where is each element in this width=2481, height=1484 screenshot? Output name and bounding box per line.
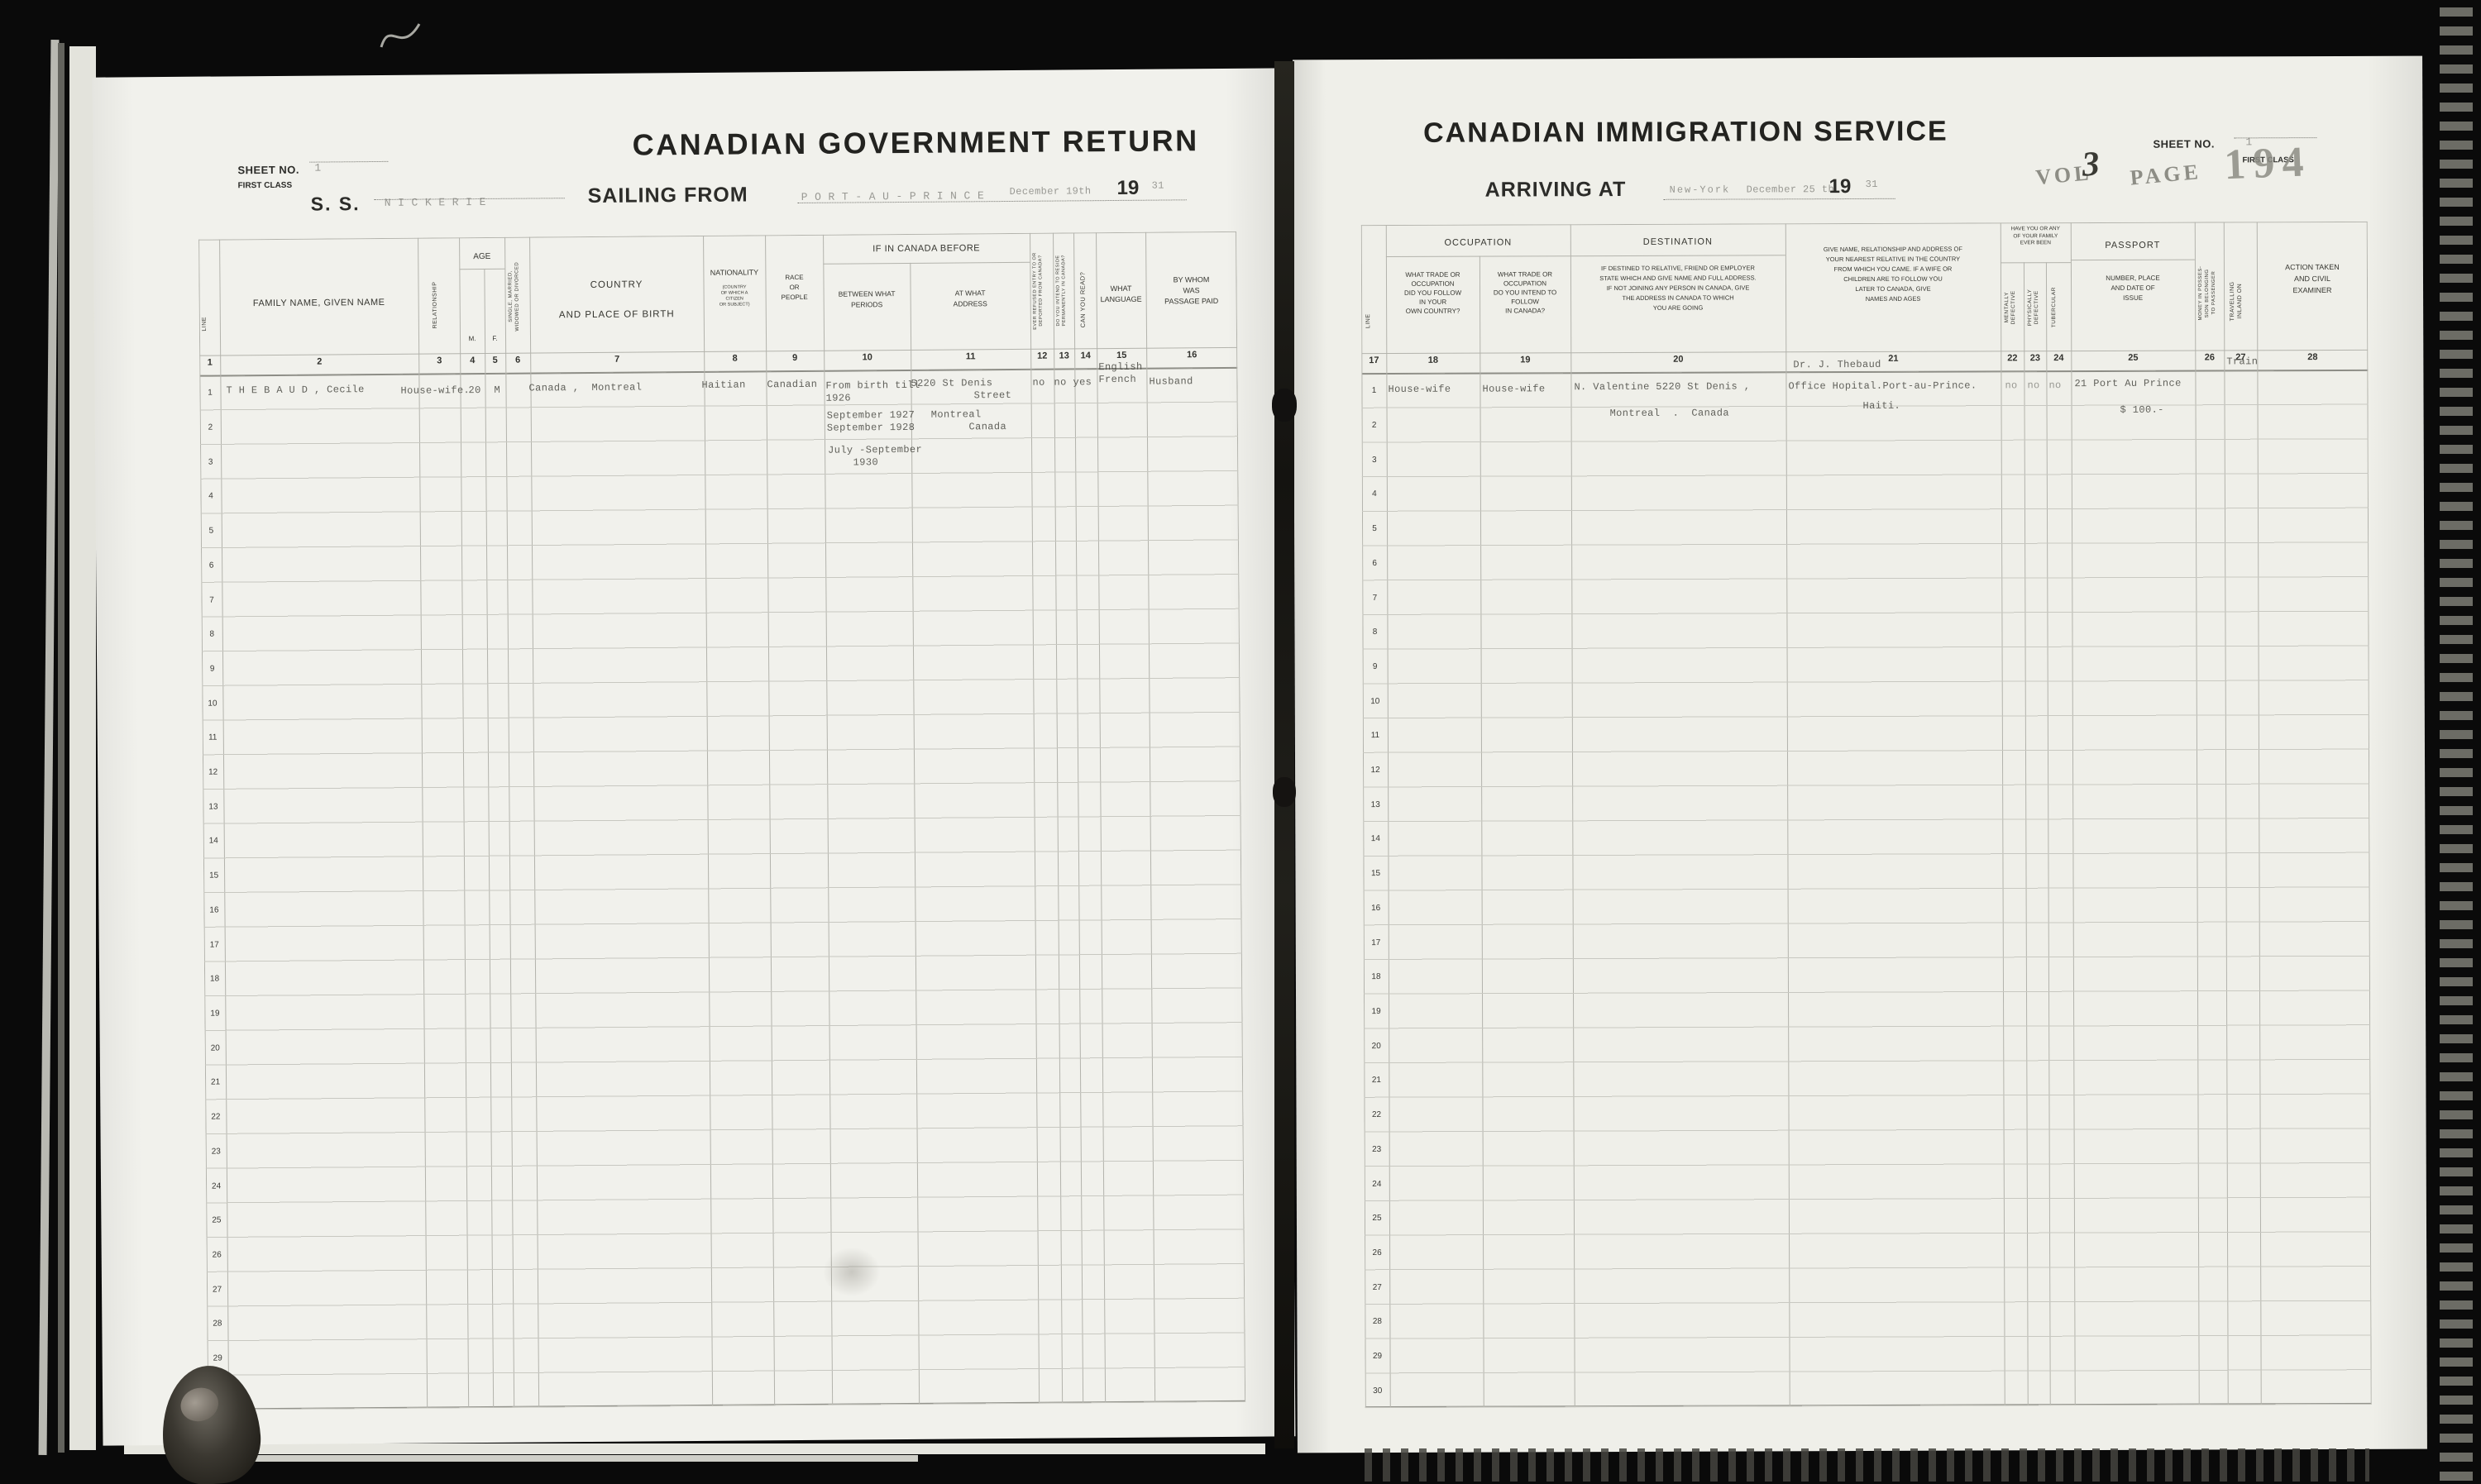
line-number: 21 <box>1364 1063 1389 1098</box>
year-print: 19 <box>1117 177 1140 200</box>
stamp-page-label: PAGE <box>2129 160 2202 191</box>
line-number: 22 <box>205 1100 226 1134</box>
line-number: 28 <box>1365 1305 1389 1339</box>
page-title: CANADIAN IMMIGRATION SERVICE <box>1417 116 1954 150</box>
row-lines <box>199 368 1245 1410</box>
sailing-from-label: SAILING FROM <box>588 183 748 208</box>
row1-mentally: no <box>2005 379 2017 392</box>
row1-nationality: Haitian <box>701 379 745 391</box>
row1-passage-paid: Husband <box>1149 375 1193 388</box>
right-page: CANADIAN IMMIGRATION SERVICE ARRIVING AT… <box>1293 56 2427 1453</box>
line-number: 20 <box>1364 1028 1389 1063</box>
year-print: 19 <box>1829 175 1852 198</box>
col-intend-label: DO YOU INTEND TO RESIDE PERMANENTLY IN C… <box>1055 236 1073 344</box>
col-race-label: RACE OR PEOPLE <box>765 273 823 303</box>
col-periods-label: BETWEEN WHAT PERIODS <box>824 289 911 311</box>
col-read-label: CAN YOU READ? <box>1078 255 1092 344</box>
row1-can-read: yes <box>1073 376 1092 389</box>
row1-periods-3: July -September 1930 <box>828 444 922 470</box>
col-number: 9 <box>766 353 824 364</box>
first-class-label: FIRST CLASS <box>238 181 293 191</box>
year-typed: 31 <box>1866 179 1878 191</box>
col-number: 22 <box>2001 353 2024 363</box>
col-number: 14 <box>1074 351 1097 360</box>
col-country2-label: AND PLACE OF BIRTH <box>530 308 704 322</box>
col-travelling-label: TRAVELLING INLAND ON <box>2229 256 2251 346</box>
line-number: 28 <box>207 1306 227 1341</box>
right-table: LINE OCCUPATION WHAT TRADE OR OCCUPATION… <box>1361 222 2372 1408</box>
row1-passport: 21 Port Au Prince <box>2074 378 2181 390</box>
line-number: 6 <box>1362 546 1387 581</box>
line-number: 13 <box>203 790 223 824</box>
row1-occupation-canada: House-wife <box>1482 383 1545 395</box>
page-edge-strip <box>174 1455 918 1462</box>
line-number: 18 <box>204 961 225 996</box>
col-number: 15 <box>1097 351 1146 360</box>
line-number: 9 <box>1363 650 1388 685</box>
line-number: 10 <box>202 686 222 721</box>
line-number: 1 <box>1361 374 1386 408</box>
row1-address-2: Montreal Canada <box>931 408 1006 434</box>
line-number: 16 <box>1364 891 1389 926</box>
col-number: 6 <box>505 355 530 365</box>
thumb-nail <box>176 1383 222 1426</box>
col-action-label: ACTION TAKEN AND CIVIL EXAMINER <box>2257 261 2368 296</box>
row1-relative-2: Office Hopital.Port-au-Prince. <box>1788 380 1977 394</box>
row1-destination-1: N. Valentine 5220 St Denis , <box>1574 380 1750 394</box>
sailing-date: December 19th <box>1010 185 1092 198</box>
line-number: 4 <box>200 480 221 514</box>
line-number: 1 <box>199 375 220 410</box>
col-occupation-own-label: WHAT TRADE OR OCCUPATION DID YOU FOLLOW … <box>1386 270 1480 316</box>
col-line-label: LINE <box>1365 293 1382 349</box>
line-number: 11 <box>1363 718 1388 753</box>
scan-artifact <box>376 12 426 62</box>
sheet-no-value: 1 <box>314 162 321 174</box>
col-age-f-label: F. <box>485 335 505 343</box>
line-number: 12 <box>203 755 223 790</box>
sheet-no-label: SHEET NO. <box>237 164 299 177</box>
line-number: 20 <box>205 1031 226 1066</box>
col-number: 7 <box>530 354 704 365</box>
scanned-ledger: SHEET NO. 1 FIRST CLASS CANADIAN GOVERNM… <box>0 0 2481 1484</box>
page-block-edge <box>2440 0 2473 1484</box>
ss-label: S. S. <box>311 193 361 215</box>
group-passport-label: PASSPORT <box>2071 241 2195 252</box>
row1-race: Canadian <box>767 379 817 391</box>
line-number: 15 <box>1363 857 1388 891</box>
line-number: 10 <box>1363 684 1388 718</box>
row1-age: 20 <box>468 384 480 397</box>
col-number: 20 <box>1570 354 1785 365</box>
line-number: 14 <box>203 824 224 859</box>
row1-marital: M <box>494 384 500 397</box>
line-number: 17 <box>204 928 225 962</box>
col-number: 2 <box>220 356 418 368</box>
line-number: 2 <box>200 410 221 445</box>
line-number: 17 <box>1364 925 1389 960</box>
line-number: 16 <box>203 893 224 928</box>
col-mentally-label: MENTALLY DEFECTIVE <box>2004 268 2021 346</box>
row1-relative-3: Haiti. <box>1863 400 1901 413</box>
line-number: 4 <box>1362 477 1387 512</box>
year-typed: 31 <box>1152 180 1164 193</box>
arrival-port: New-York <box>1670 184 1731 197</box>
col-physically-label: PHYSICALLY DEFECTIVE <box>2027 268 2044 346</box>
line-number: 23 <box>206 1134 227 1169</box>
line-number: 24 <box>1365 1167 1389 1201</box>
row1-address-1: 5220 St Denis Street <box>911 377 1011 403</box>
page-edge-strip <box>39 40 60 1455</box>
line-number: 25 <box>206 1203 227 1238</box>
sheet-no-label: SHEET NO. <box>2153 137 2215 150</box>
line-number: 15 <box>203 858 224 893</box>
line-number: 30 <box>1365 1373 1390 1408</box>
line-number: 7 <box>201 583 222 618</box>
line-number: 9 <box>202 651 222 686</box>
line-number: 11 <box>203 721 223 756</box>
col-number: 18 <box>1386 355 1480 365</box>
arrival-date: December 25 th <box>1747 184 1834 196</box>
col-marital-label: SINGLE, MARRIED, WIDOWED OR DIVORCED <box>507 244 528 350</box>
col-language-label: WHAT LANGUAGE <box>1097 284 1146 305</box>
col-number: 4 <box>460 355 485 365</box>
col-number: 3 <box>418 355 460 365</box>
row1-periods-1: From birth till 1926 <box>825 379 920 405</box>
line-number: 14 <box>1363 822 1388 857</box>
row1-family-name: T H E B A U D , Cecile <box>226 384 364 397</box>
line-number: 26 <box>207 1238 227 1272</box>
line-number: 23 <box>1365 1132 1389 1167</box>
line-number: 8 <box>1362 615 1387 650</box>
col-number: 17 <box>1361 355 1386 365</box>
page-edge-strip <box>58 43 65 1453</box>
col-address-label: AT WHAT ADDRESS <box>911 288 1030 310</box>
stamp-vol-number: 3 <box>2081 144 2101 184</box>
line-number: 25 <box>1365 1201 1389 1236</box>
col-number: 16 <box>1146 350 1237 360</box>
page-edge-strip <box>124 1443 1265 1454</box>
col-age-m-label: M. <box>460 335 485 343</box>
row1-physically: no <box>2027 379 2039 392</box>
row1-money: $ 100.- <box>2120 404 2164 417</box>
col-passport-label: NUMBER, PLACE AND DATE OF ISSUE <box>2071 274 2195 304</box>
row1-birthplace: Canada , Montreal <box>528 381 642 394</box>
line-number: 6 <box>201 548 222 583</box>
col-tubercular-label: TUBERCULAR <box>2051 268 2066 346</box>
col-country-label: COUNTRY <box>529 279 703 292</box>
line-number: 5 <box>201 513 222 548</box>
col-number: 11 <box>911 351 1030 362</box>
col-money-label: MONEY IN POSSES- SION BELONGING TO PASSE… <box>2197 240 2222 346</box>
col-number: 23 <box>2024 353 2046 363</box>
row-lines <box>1361 370 2371 1408</box>
col-number: 26 <box>2195 352 2224 362</box>
col-line-label: LINE <box>202 296 219 352</box>
line-number: 27 <box>1365 1270 1389 1305</box>
sheet-no-line <box>309 161 388 163</box>
col-nationality-sub-label: (COUNTRY OF WHICH A CITIZEN OR SUBJECT) <box>704 284 766 308</box>
col-destination-label: IF DESTINED TO RELATIVE, FRIEND OR EMPLO… <box>1570 263 1785 313</box>
line-number-column: 1234567891011121314151617181920212223242… <box>1361 374 1389 1408</box>
col-number: 19 <box>1480 355 1570 365</box>
col-paid-label: BY WHOM WAS PASSAGE PAID <box>1145 274 1236 308</box>
row1-relationship: House-wife. <box>400 384 470 398</box>
col-number: 10 <box>824 352 911 363</box>
line-number: 13 <box>1363 787 1388 822</box>
row1-relative-1: Dr. J. Thebaud <box>1793 359 1881 371</box>
col-relationship-label: RELATIONSHIP <box>432 264 447 346</box>
col-nearest-relative-label: GIVE NAME, RELATIONSHIP AND ADDRESS OF Y… <box>1785 244 2001 304</box>
line-number: 24 <box>206 1169 227 1204</box>
row1-travelling: Train <box>2226 355 2258 368</box>
col-number: 24 <box>2046 353 2071 363</box>
col-number: 8 <box>704 353 766 364</box>
binding-perforations <box>1365 1448 2369 1482</box>
row1-periods-2: September 1927 September 1928 <box>827 409 915 435</box>
page-edge-strip <box>69 46 96 1450</box>
col-number: 5 <box>485 355 505 365</box>
arriving-line <box>1664 198 1895 200</box>
binding-clip <box>1272 389 1297 422</box>
col-number: 1 <box>199 357 220 367</box>
col-number: 28 <box>2257 352 2368 362</box>
line-number: 19 <box>1364 995 1389 1029</box>
binding-gutter <box>1274 61 1294 1448</box>
line-number: 7 <box>1362 580 1387 615</box>
line-number: 5 <box>1362 512 1387 546</box>
line-number: 29 <box>1365 1339 1389 1374</box>
group-occupation-label: OCCUPATION <box>1386 237 1570 250</box>
row1-occupation-own: House-wife <box>1388 384 1451 396</box>
col-number: 12 <box>1030 351 1054 361</box>
line-number: 3 <box>200 445 221 480</box>
col-occupation-canada-label: WHAT TRADE OR OCCUPATION DO YOU INTEND T… <box>1480 270 1570 315</box>
line-number: 2 <box>1362 408 1387 443</box>
left-page: SHEET NO. 1 FIRST CLASS CANADIAN GOVERNM… <box>93 68 1296 1445</box>
col-age-label: AGE <box>459 252 504 263</box>
row1-language: English French <box>1098 361 1142 386</box>
line-number: 18 <box>1364 960 1389 995</box>
row1-intend: no <box>1054 376 1066 389</box>
line-number: 27 <box>207 1272 227 1307</box>
binding-clip <box>1273 777 1296 807</box>
line-number: 22 <box>1364 1098 1389 1133</box>
line-number: 21 <box>205 1066 226 1100</box>
page-title: CANADIAN GOVERNMENT RETURN <box>614 123 1217 163</box>
group-family-been-label: HAVE YOU OR ANY OF YOUR FAMILY EVER BEEN <box>2001 226 2071 247</box>
line-number: 26 <box>1365 1236 1389 1271</box>
line-number: 8 <box>202 617 222 651</box>
stamp-page-number: 194 <box>2223 137 2311 189</box>
row1-destination-2: Montreal . Canada <box>1610 408 1729 421</box>
group-canada-before-label: IF IN CANADA BEFORE <box>823 243 1030 256</box>
line-number: 12 <box>1363 753 1388 788</box>
col-nationality-label: NATIONALITY <box>703 268 765 278</box>
line-number: 3 <box>1362 442 1387 477</box>
col-number: 25 <box>2071 353 2195 364</box>
col-family-name-label: FAMILY NAME, GIVEN NAME <box>220 298 418 311</box>
col-refused-label: EVER REFUSED ENTRY TO OR DEPORTED FROM C… <box>1032 237 1052 345</box>
group-destination-label: DESTINATION <box>1570 236 1785 249</box>
left-table: LINE FAMILY NAME, GIVEN NAME RELATIONSHI… <box>198 231 1245 1410</box>
col-number: 13 <box>1054 351 1074 360</box>
row1-tubercular: no <box>2048 379 2061 392</box>
line-number: 19 <box>204 996 225 1031</box>
arriving-at-label: ARRIVING AT <box>1485 178 1627 203</box>
row1-refused: no <box>1032 377 1045 389</box>
